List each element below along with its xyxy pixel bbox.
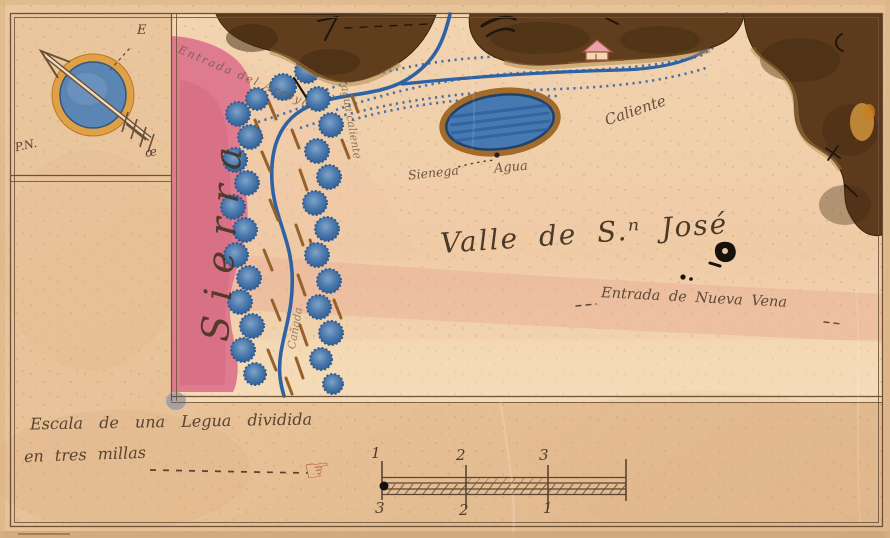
scale-tick-bottom-3: 1 <box>543 499 553 517</box>
scale-tick-top-1: 1 <box>371 444 381 462</box>
scale-tick-bottom-2: 2 <box>459 501 469 519</box>
spring-dot <box>494 152 499 157</box>
historic-map-canvas: Sierra Entrada del Arroyo Casa Sienega A… <box>0 0 890 538</box>
scale-tick-top-2: 2 <box>456 446 466 464</box>
scale-tick-top-3: 3 <box>539 446 549 464</box>
scale-tick-bottom-1: 3 <box>375 499 385 517</box>
map-artwork <box>0 0 890 538</box>
